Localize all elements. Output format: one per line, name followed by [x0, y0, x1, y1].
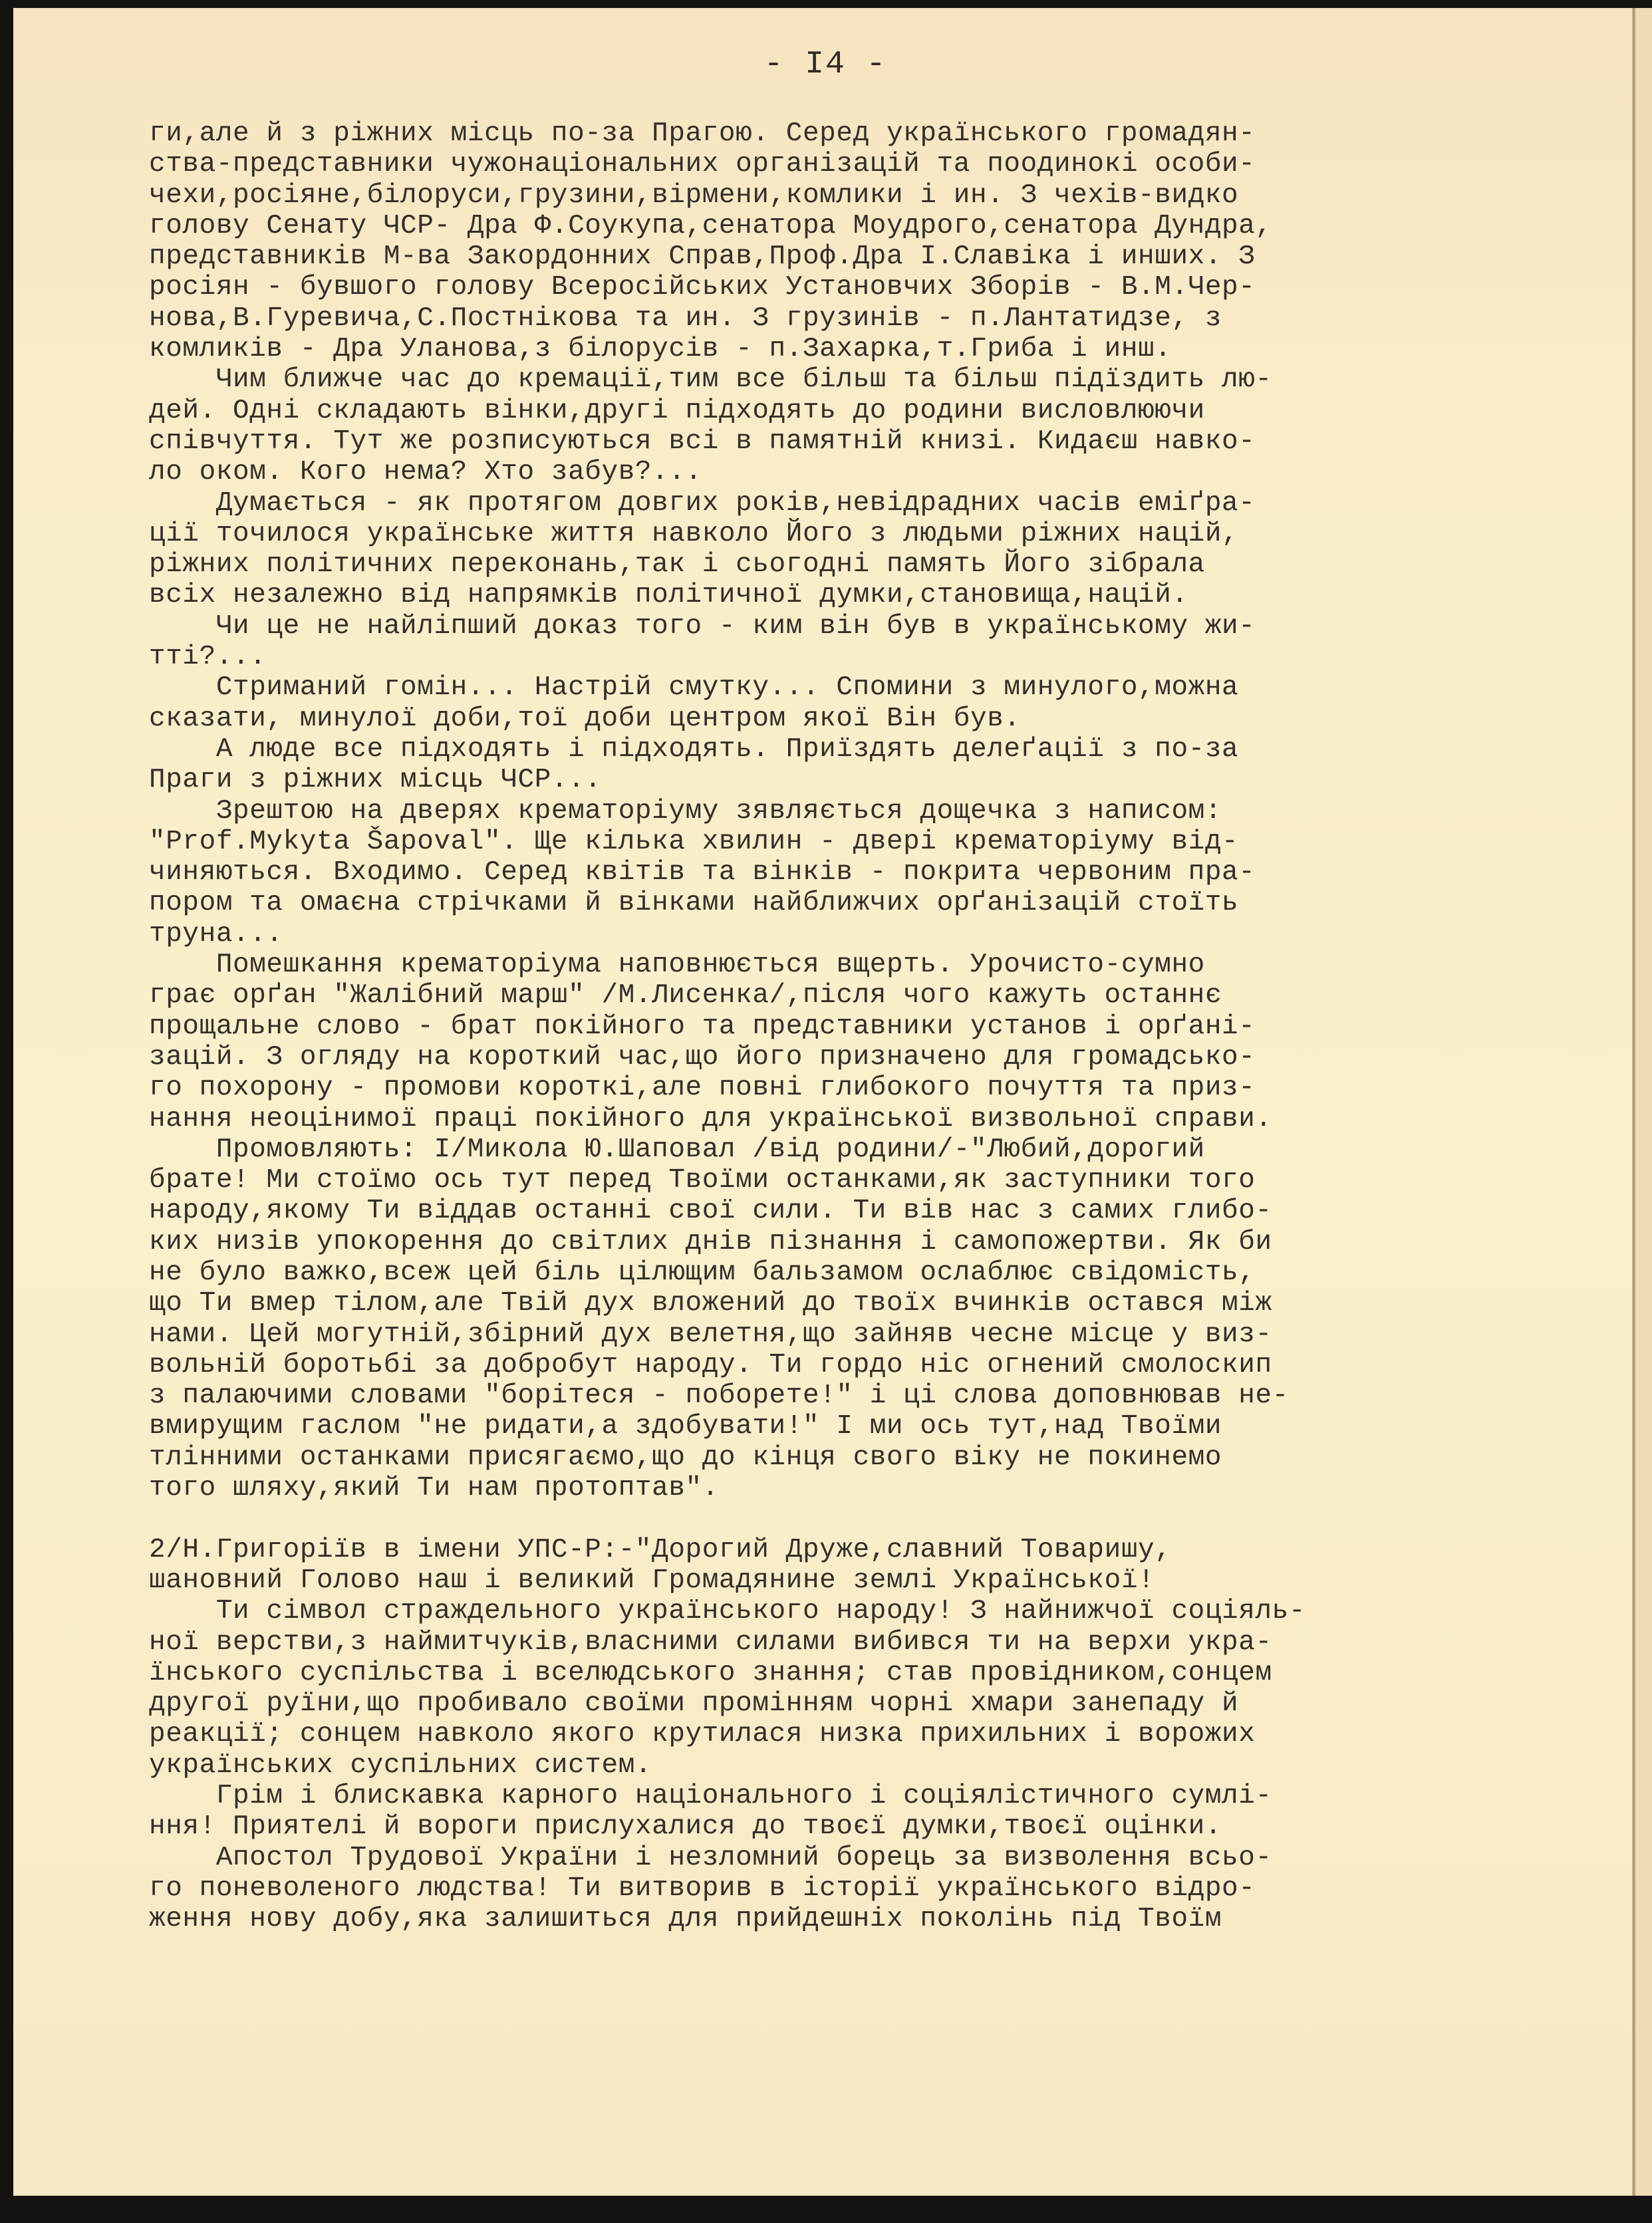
text-line: Чи це не найліпший доказ того - ким він …: [149, 611, 1546, 642]
text-line: Праги з ріжних місць ЧСР...: [149, 765, 1546, 795]
document-body: ги,але й з ріжних місць по-за Прагою. Се…: [149, 118, 1546, 1935]
text-line: Промовляють: І/Микола Ю.Шаповал /від род…: [149, 1134, 1546, 1165]
page-edge: [1636, 8, 1652, 2196]
text-line: представників М-ва Закордонних Справ,Про…: [149, 241, 1546, 272]
text-line: нання неоцінимої праці покійного для укр…: [149, 1104, 1546, 1134]
text-line: 2/Н.Григоріїв в імени УПС-Р:-"Дорогий Др…: [149, 1535, 1546, 1565]
text-line: нова,В.Гуревича,С.Постнікова та ин. З гр…: [149, 303, 1546, 334]
text-line: го похорону - промови короткі,але повні …: [149, 1073, 1546, 1103]
text-line: ння! Приятелі й вороги прислухалися до т…: [149, 1811, 1546, 1842]
text-line: ги,але й з ріжних місць по-за Прагою. Се…: [149, 118, 1546, 149]
text-line: пором та омаєна стрічками й вінками найб…: [149, 888, 1546, 918]
text-line: ких низів упокорення до світлих днів піз…: [149, 1227, 1546, 1257]
text-line: українських суспільних систем.: [149, 1750, 1546, 1781]
text-line: вмирущим гаслом "не ридати,а здобувати!"…: [149, 1411, 1546, 1442]
text-line: вольній боротьбі за добробут народу. Ти …: [149, 1350, 1546, 1380]
text-line: ної верстви,з наймитчуків,власними силам…: [149, 1627, 1546, 1658]
text-line: тлінними останками присягаємо,що до кінц…: [149, 1442, 1546, 1473]
text-line: Ти сімвол страждельного українського нар…: [149, 1596, 1546, 1627]
text-line: тті?...: [149, 642, 1546, 672]
text-line: Апостол Трудової України і незломний бор…: [149, 1843, 1546, 1873]
text-line: реакції; сонцем навколо якого крутилася …: [149, 1719, 1546, 1750]
text-line: Зрештою на дверях крематоріуму зявляєтьс…: [149, 796, 1546, 827]
text-line: голову Сенату ЧСР- Дра Ф.Соукупа,сенатор…: [149, 211, 1546, 241]
text-line: грає орґан "Жалібний марш" /М.Лисенка/,п…: [149, 980, 1546, 1011]
text-line: ження нову добу,яка залишиться для прийд…: [149, 1904, 1546, 1934]
text-line: росіян - бувшого голову Всеросійських Ус…: [149, 272, 1546, 303]
text-line: шановний Голово наш і великий Громадянин…: [149, 1565, 1546, 1596]
text-line: що Ти вмер тілом,але Твій дух вложений д…: [149, 1288, 1546, 1319]
text-line: труна...: [149, 919, 1546, 950]
text-line: зацій. З огляду на короткий час,що його …: [149, 1042, 1546, 1073]
text-line: ства-представники чужонаціональних орган…: [149, 149, 1546, 180]
text-line: Помешкання крематоріума наповнюється вще…: [149, 950, 1546, 980]
typewritten-page: - I4 - ги,але й з ріжних місць по-за Пра…: [13, 8, 1637, 2196]
text-line: всіх незалежно від напрямків політичної …: [149, 580, 1546, 610]
text-line: комликів - Дра Уланова,з білорусів - п.З…: [149, 334, 1546, 364]
text-line: Думається - як протягом довгих років,нев…: [149, 488, 1546, 519]
text-line: сказати, минулої доби,тої доби центром я…: [149, 704, 1546, 734]
text-line: нами. Цей могутній,збірний дух велетня,щ…: [149, 1319, 1546, 1350]
text-line: прощальне слово - брат покійного та пред…: [149, 1011, 1546, 1042]
text-line: ції точилося українське життя навколо Йо…: [149, 519, 1546, 549]
text-line: співчуття. Тут же розписуються всі в пам…: [149, 426, 1546, 457]
text-line: чехи,росіяне,білоруси,грузини,вірмени,ко…: [149, 180, 1546, 211]
text-line: народу,якому Ти віддав останні свої сили…: [149, 1196, 1546, 1226]
text-line: Грім і блискавка карного національного і…: [149, 1781, 1546, 1811]
text-line: другої руїни,що пробивало своїми промінн…: [149, 1688, 1546, 1719]
text-line: з палаючими словами "борітеся - поборете…: [149, 1380, 1546, 1411]
text-line: Чим ближче час до кремації,тим все більш…: [149, 364, 1546, 395]
text-line: брате! Ми стоїмо ось тут перед Твоїми ос…: [149, 1165, 1546, 1196]
text-line: того шляху,який Ти нам протоптав".: [149, 1473, 1546, 1504]
text-line: дей. Одні складають вінки,другі підходят…: [149, 396, 1546, 426]
text-line: їнського суспільства і вселюдського знан…: [149, 1658, 1546, 1688]
text-line: чиняються. Входимо. Серед квітів та вінк…: [149, 857, 1546, 888]
text-line: не було важко,всеж цей біль цілющим баль…: [149, 1257, 1546, 1288]
text-line: Стриманий гомін... Настрій смутку... Спо…: [149, 672, 1546, 703]
text-line: ріжних політичних переконань,так і сього…: [149, 549, 1546, 580]
text-line: го поневоленого людства! Ти витворив в і…: [149, 1873, 1546, 1904]
text-line: "Prof.Mykyta Šapoval". Ще кілька хвилин …: [149, 827, 1546, 857]
text-line: ло оком. Кого нема? Хто забув?...: [149, 457, 1546, 487]
page-number: - I4 -: [13, 47, 1637, 82]
blank-line: [149, 1504, 1546, 1534]
text-line: А люде все підходять і підходять. Приїзд…: [149, 734, 1546, 765]
